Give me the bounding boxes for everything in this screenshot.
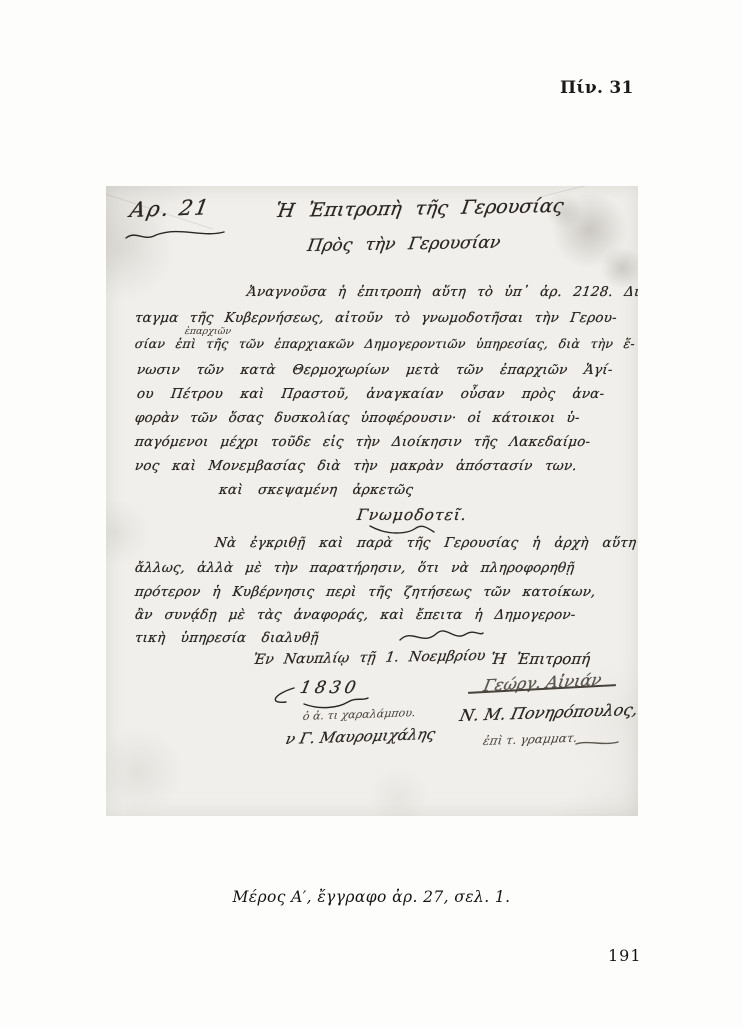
body2-line: Νὰ ἐγκριθῇ καὶ παρὰ τῆς Γερουσίας ἡ ἀρχὴ… xyxy=(214,535,637,551)
body1-line: νωσιν τῶν κατὰ Θερμοχωρίων μετὰ τῶν ἐπαρ… xyxy=(136,362,614,378)
body1-line: Ἀναγνοῦσα ἡ ἐπιτροπὴ αὕτη τὸ ὑπ᾽ ἀρ. 212… xyxy=(246,284,638,300)
plate-label: Πίν. 31 xyxy=(560,78,655,98)
committee-heading: Ἡ Ἐπιτροπή xyxy=(490,650,591,668)
body1-line: σίαν ἐπὶ τῆς τῶν ἐπαρχιακῶν Δημογεροντιῶ… xyxy=(134,336,636,351)
main-signature: Ν. Μ. Πονηρόπουλος, xyxy=(458,700,638,725)
body1-line: ταγμα τῆς Κυβερνήσεως, αἰτοῦν τὸ γνωμοδο… xyxy=(134,310,618,326)
left-annotation-2: ν Γ. Μαυρομιχάλης xyxy=(284,725,437,748)
left-annotation-1: ὁ ἀ. τι χαραλάμπου. xyxy=(302,706,416,723)
body2-line: πρότερον ἡ Κυβέρνησις περὶ τῆς ζητήσεως … xyxy=(134,584,597,600)
body1-line: καὶ σκεψαμένη ἀρκετῶς xyxy=(218,482,414,498)
manuscript-title-line1: Ἡ Ἐπιτροπὴ τῆς Γερουσίας xyxy=(274,195,565,222)
dateline-place: Ἐν Ναυπλίῳ τῇ 1. Νοεμβρίου xyxy=(252,648,487,668)
body1-line: φορὰν τῶν ὅσας δυσκολίας ὑποφέρουσιν· οἱ… xyxy=(134,410,581,426)
underline-flourish-icon xyxy=(122,226,228,242)
ruling-flourish-icon xyxy=(368,522,438,536)
body1-line: ου Πέτρου καὶ Πραστοῦ, ἀναγκαίαν οὖσαν π… xyxy=(136,386,605,402)
year-flourish-icon xyxy=(264,684,374,710)
book-page: Πίν. 31 Αρ. 21 Ἡ Ἐπιτροπὴ τῆς Γερουσίας … xyxy=(0,0,743,1027)
doc-number: Αρ. 21 xyxy=(128,195,212,222)
body2-line: ἂν συνᾴδῃ μὲ τὰς ἀναφοράς, καὶ ἔπειτα ἡ … xyxy=(134,607,577,623)
body2-line: ἄλλως, ἀλλὰ μὲ τὴν παρατήρησιν, ὅτι νὰ π… xyxy=(134,560,575,576)
page-number: 191 xyxy=(608,946,668,965)
body1-line: νος καὶ Μονεμβασίας διὰ τὴν μακρὰν ἀπόστ… xyxy=(134,458,578,474)
manuscript-title-line2: Πρὸς τὴν Γερουσίαν xyxy=(306,233,502,256)
body2-line: τικὴ ὑπηρεσία διαλυθῇ xyxy=(134,630,320,646)
body1-line: παγόμενοι μέχρι τοῦδε εἰς τὴν Διοίκησιν … xyxy=(134,434,591,450)
closing-flourish-icon xyxy=(396,626,486,648)
figure-caption: Μέρος Α′, ἔγγραφο ἀρ. 27, σελ. 1. xyxy=(0,888,743,906)
manuscript-scan: Αρ. 21 Ἡ Ἐπιτροπὴ τῆς Γερουσίας Πρὸς τὴν… xyxy=(106,186,638,816)
secretary-note: ἐπὶ τ. γραμματ. xyxy=(482,731,579,748)
secretary-flourish-icon xyxy=(574,738,620,748)
